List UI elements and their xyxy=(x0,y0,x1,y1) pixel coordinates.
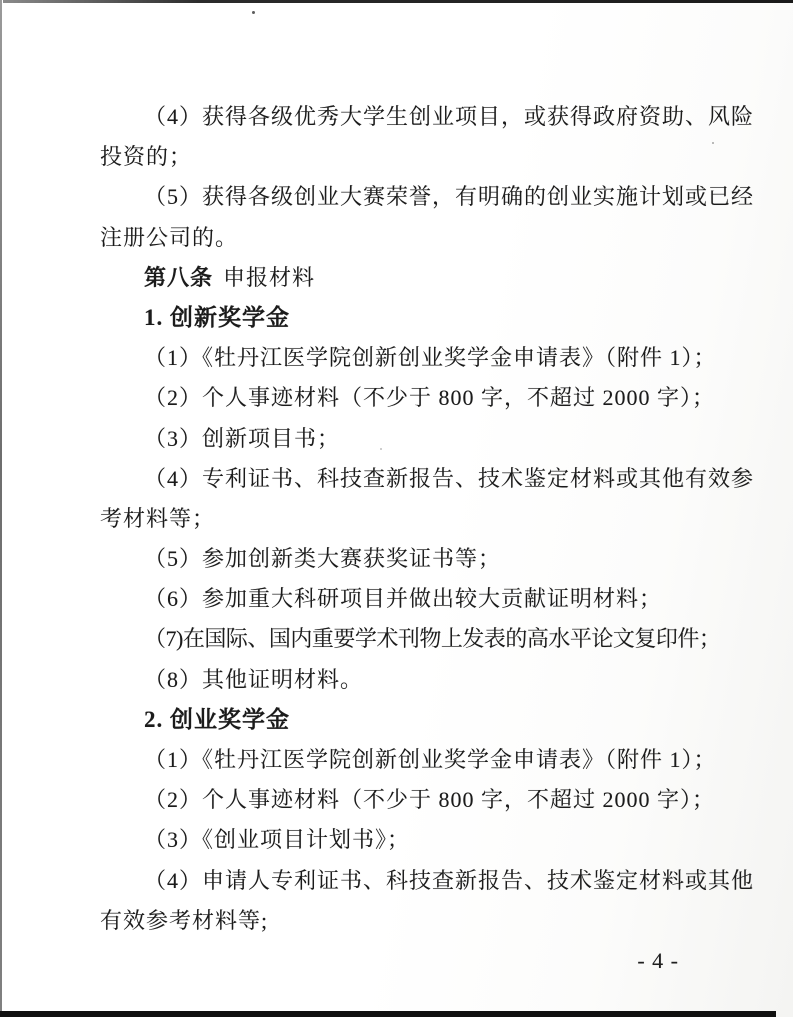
text-line: （3）创新项目书； xyxy=(100,419,720,459)
text-line: 有效参考材料等; xyxy=(100,901,720,941)
text-line: 注册公司的。 xyxy=(100,218,720,258)
scan-speck xyxy=(252,11,255,14)
scan-edge-left xyxy=(0,0,2,1017)
document-body: （4）获得各级优秀大学生创业项目，或获得政府资助、风险投资的；（5）获得各级创业… xyxy=(100,97,720,941)
text-line: （5）获得各级创业大赛荣誉，有明确的创业实施计划或已经 xyxy=(100,177,720,217)
heading-title: 申报材料 xyxy=(223,265,315,290)
text-line: （4）申请人专利证书、科技查新报告、技术鉴定材料或其他 xyxy=(100,861,720,901)
text-line: （8）其他证明材料。 xyxy=(100,660,720,700)
text-line: （6）参加重大科研项目并做出较大贡献证明材料； xyxy=(100,579,720,619)
text-line: （7)在国际、国内重要学术刊物上发表的高水平论文复印件； xyxy=(100,619,720,659)
scan-edge-bottom xyxy=(0,1011,776,1017)
page-number: - 4 - xyxy=(637,941,679,981)
text-line: （3）《创业项目计划书》； xyxy=(100,820,720,860)
text-line: （2）个人事迹材料（不少于 800 字，不超过 2000 字）； xyxy=(100,780,720,820)
text-line: （4）专利证书、科技查新报告、技术鉴定材料或其他有效参 xyxy=(100,459,720,499)
list-subheading: 2. 创业奖学金 xyxy=(100,700,720,740)
scan-edge-top xyxy=(3,0,793,3)
text-line: （2）个人事迹材料（不少于 800 字，不超过 2000 字）； xyxy=(100,378,720,418)
text-line: （4）获得各级优秀大学生创业项目，或获得政府资助、风险 xyxy=(100,97,720,137)
scanned-page: （4）获得各级优秀大学生创业项目，或获得政府资助、风险投资的；（5）获得各级创业… xyxy=(0,0,793,1017)
text-line: （1）《牡丹江医学院创新创业奖学金申请表》（附件 1）； xyxy=(100,338,720,378)
text-line: 考材料等； xyxy=(100,499,720,539)
heading-article-number: 第八条 xyxy=(144,265,213,290)
list-subheading: 1. 创新奖学金 xyxy=(100,298,720,338)
text-line: （5）参加创新类大赛获奖证书等； xyxy=(100,539,720,579)
text-line: 投资的； xyxy=(100,137,720,177)
article-heading: 第八条申报材料 xyxy=(100,258,720,298)
text-line: （1）《牡丹江医学院创新创业奖学金申请表》（附件 1）； xyxy=(100,740,720,780)
